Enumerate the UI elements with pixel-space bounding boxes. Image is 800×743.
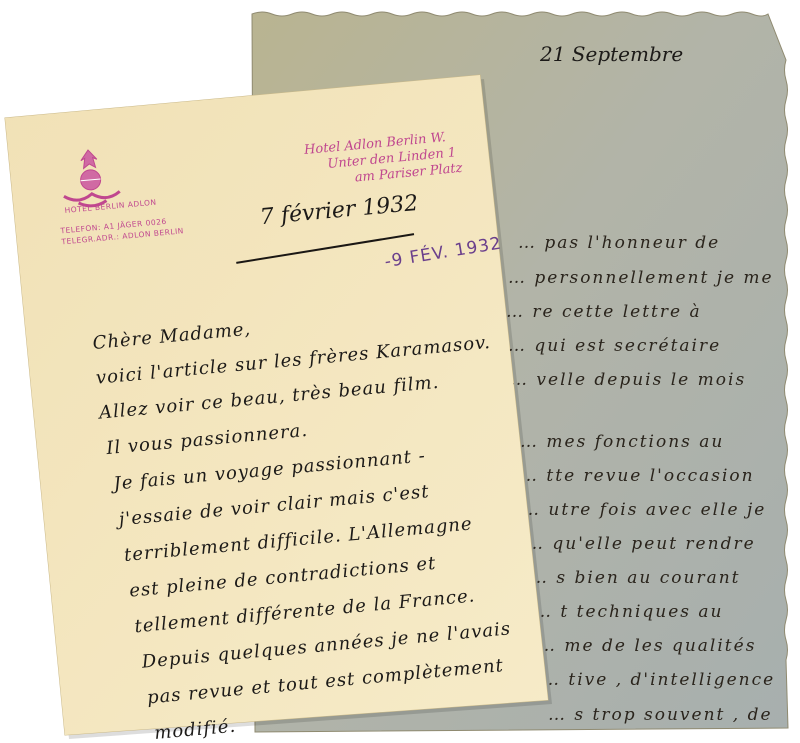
crest-label-berlin: BERLIN (95, 201, 126, 213)
crest-label-hotel: HOTEL (64, 203, 92, 214)
crest-label-adlon: ADLON (127, 198, 157, 210)
letters-photo: 21 Septembre … pas l'honneur de … person… (0, 0, 800, 743)
received-date-stamp: -9 FÉV. 1932 (383, 234, 503, 273)
letterhead-crest-labels: HOTEL BERLIN ADLON (64, 197, 157, 216)
front-letter-line: Chère Madame, (92, 319, 252, 354)
front-letter-line: Il vous passionnera. (105, 420, 308, 459)
front-letter-date: 7 février 1932 (259, 191, 419, 230)
front-letter-content: HOTEL BERLIN ADLON TELEFON: A1 JÄGER 002… (0, 0, 800, 741)
